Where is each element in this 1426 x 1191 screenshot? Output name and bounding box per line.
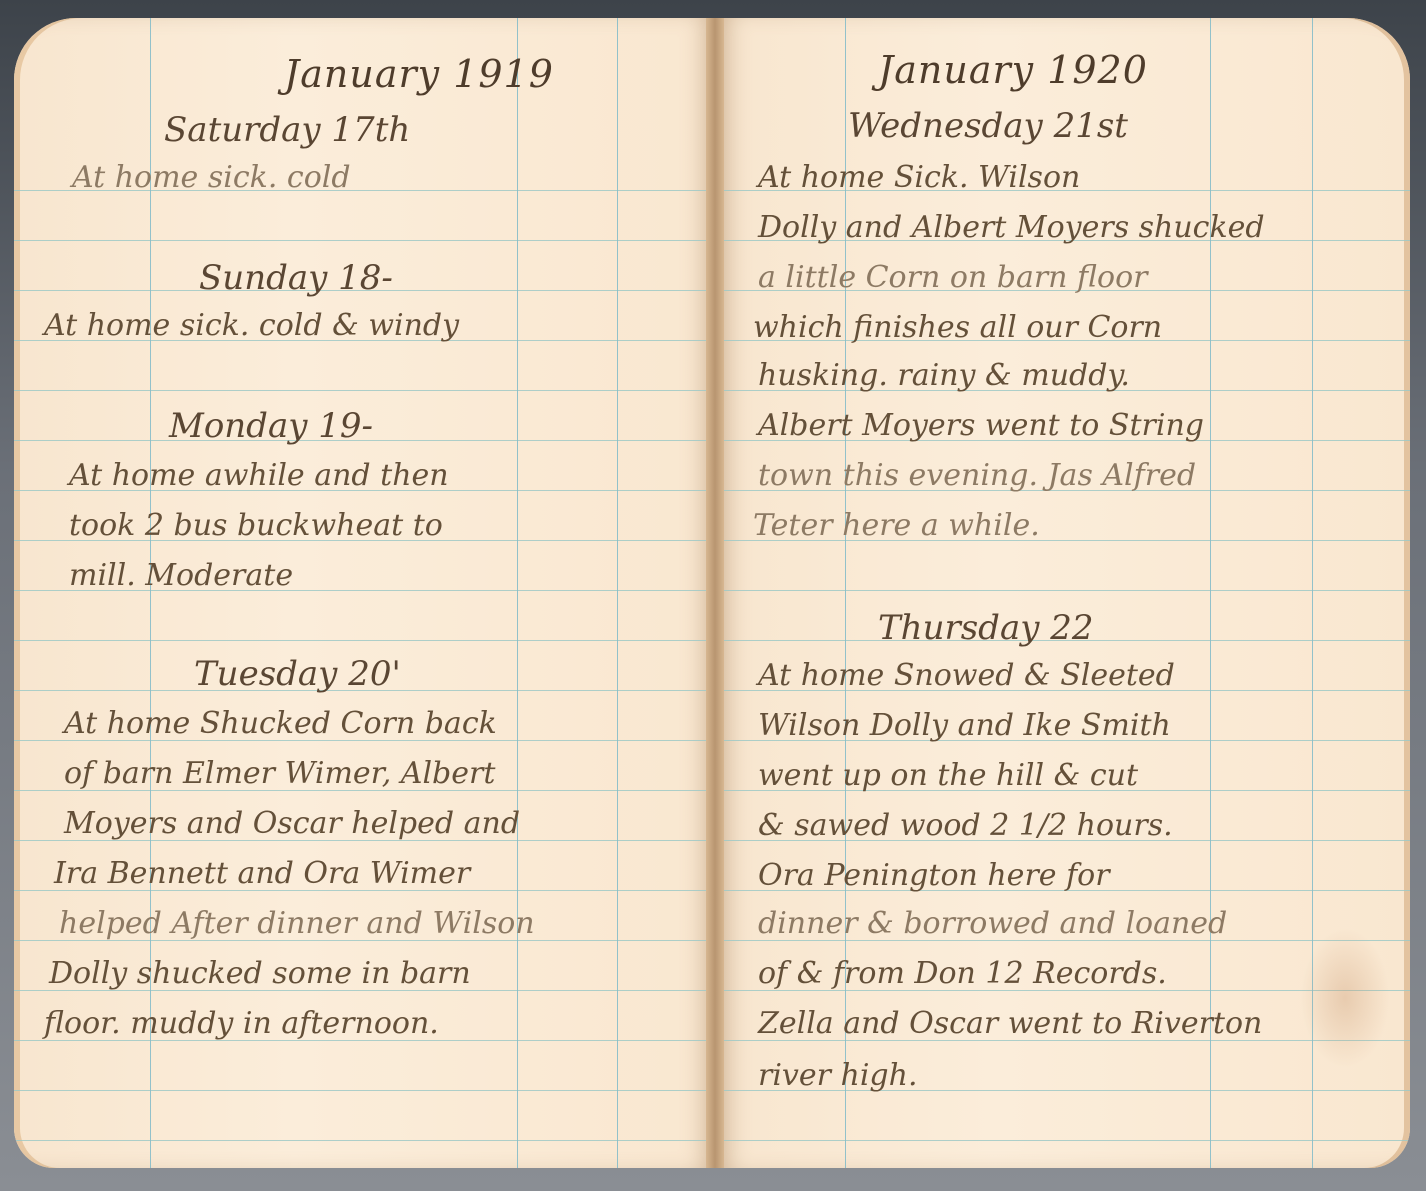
entry-line: Zella and Oscar went to Riverton: [758, 1006, 1262, 1041]
entry-line: Dolly shucked some in barn: [49, 956, 471, 991]
entry-line: husking. rainy & muddy.: [758, 358, 1130, 393]
entry-line: which finishes all our Corn: [753, 310, 1162, 345]
entry-line: went up on the hill & cut: [758, 758, 1138, 793]
entry-line: Ira Bennett and Ora Wimer: [54, 856, 470, 891]
entry-day: Sunday 18-: [199, 258, 393, 298]
diary-book: January 1919 Saturday 17th At home sick.…: [8, 10, 1420, 1178]
month-header: January 1920: [878, 48, 1148, 92]
entry-line: town this evening. Jas Alfred: [758, 458, 1196, 493]
entry-day: Thursday 22: [878, 608, 1094, 648]
entry-line: Dolly and Albert Moyers shucked: [758, 210, 1265, 245]
book-spine-gutter: [706, 18, 724, 1168]
entry-line: At home sick. cold & windy: [44, 308, 459, 343]
entry-line: mill. Moderate: [69, 558, 293, 593]
entry-line: At home awhile and then: [69, 458, 449, 493]
entry-line: & sawed wood 2 1/2 hours.: [758, 808, 1173, 843]
entry-line: of barn Elmer Wimer, Albert: [64, 756, 495, 791]
entry-line: At home Snowed & Sleeted: [758, 658, 1175, 693]
entry-day: Tuesday 20': [194, 654, 401, 694]
entry-day: Saturday 17th: [164, 110, 410, 150]
left-page: January 1919 Saturday 17th At home sick.…: [14, 18, 714, 1168]
entry-line: a little Corn on barn floor: [758, 260, 1148, 295]
entry-line: of & from Don 12 Records.: [758, 956, 1167, 991]
entry-line: Moyers and Oscar helped and: [64, 806, 520, 841]
entry-day: Monday 19-: [169, 406, 373, 446]
entry-line: helped After dinner and Wilson: [59, 906, 535, 941]
entry-line: Teter here a while.: [753, 508, 1040, 543]
entry-day: Wednesday 21st: [848, 106, 1128, 146]
entry-line: took 2 bus buckwheat to: [69, 508, 443, 543]
entry-line: At home sick. cold: [72, 160, 351, 195]
entry-line: floor. muddy in afternoon.: [44, 1006, 439, 1041]
right-page: January 1920 Wednesday 21st At home Sick…: [718, 18, 1410, 1168]
entry-line: river high.: [758, 1058, 918, 1093]
right-page-text: January 1920 Wednesday 21st At home Sick…: [718, 18, 1410, 1168]
entry-line: dinner & borrowed and loaned: [758, 906, 1227, 941]
entry-line: Albert Moyers went to String: [758, 408, 1204, 443]
entry-line: Ora Penington here for: [758, 858, 1110, 893]
left-page-text: January 1919 Saturday 17th At home sick.…: [14, 18, 714, 1168]
month-header: January 1919: [284, 52, 554, 96]
entry-line: At home Shucked Corn back: [64, 706, 497, 741]
entry-line: At home Sick. Wilson: [758, 160, 1080, 195]
entry-line: Wilson Dolly and Ike Smith: [758, 708, 1171, 743]
